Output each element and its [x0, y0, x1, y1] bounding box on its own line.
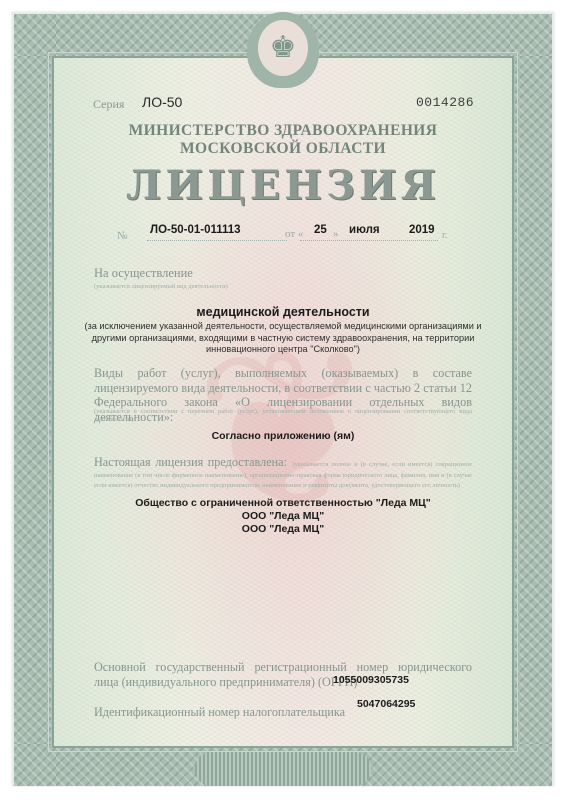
holder-full-name: Общество с ограниченной ответственностью…: [54, 497, 512, 510]
works-hint: (указывается в соответствии с перечнем р…: [94, 408, 472, 423]
bottom-ornament: [195, 752, 371, 786]
date-underline: [300, 240, 438, 241]
holder-short-name: ООО "Леда МЦ": [54, 510, 512, 523]
activity-hint: (указывается лицензируемый вид деятельно…: [94, 283, 228, 291]
number-underline: [147, 240, 287, 241]
russian-coat-of-arms-icon: ♚: [258, 20, 308, 76]
license-number: ЛО-50-01-011113: [150, 224, 241, 236]
date-month: июля: [349, 224, 380, 236]
granted-label: Настоящая лицензия предоставлена:: [94, 455, 287, 469]
granted-block: Настоящая лицензия предоставлена: (указы…: [94, 458, 472, 490]
date-day: 25: [314, 224, 327, 236]
date-year-suffix: г.: [442, 230, 447, 241]
inn-value: 5047064295: [357, 698, 415, 710]
date-year: 2019: [409, 224, 435, 236]
issuer-line-1: МИНИСТЕРСТВО ЗДРАВООХРАНЕНИЯ: [54, 122, 512, 140]
document-title: ЛИЦЕНЗИЯ: [54, 162, 512, 209]
activity-title: медицинской деятельности: [54, 305, 512, 319]
series-value: ЛО-50: [142, 94, 182, 110]
activity-label: На осуществление: [94, 266, 193, 281]
series-label: Серия: [93, 97, 124, 112]
ogrn-value: 1055009305735: [333, 674, 409, 686]
issuer-line-2: МОСКОВСКОЙ ОБЛАСТИ: [54, 140, 512, 158]
serial-number: 0014286: [416, 95, 474, 110]
activity-description: (за исключением указанной деятельности, …: [70, 321, 496, 356]
number-label: №: [117, 230, 128, 242]
date-close-quote: »: [333, 228, 339, 240]
holder-brand-name: ООО "Леда МЦ": [54, 523, 512, 536]
works-value: Согласно приложению (ям): [54, 430, 512, 442]
inn-label: Идентификационный номер налогоплательщик…: [94, 705, 345, 720]
date-from-label: от «: [285, 228, 303, 240]
ogrn-label: Основной государственный регистрационный…: [94, 660, 472, 689]
